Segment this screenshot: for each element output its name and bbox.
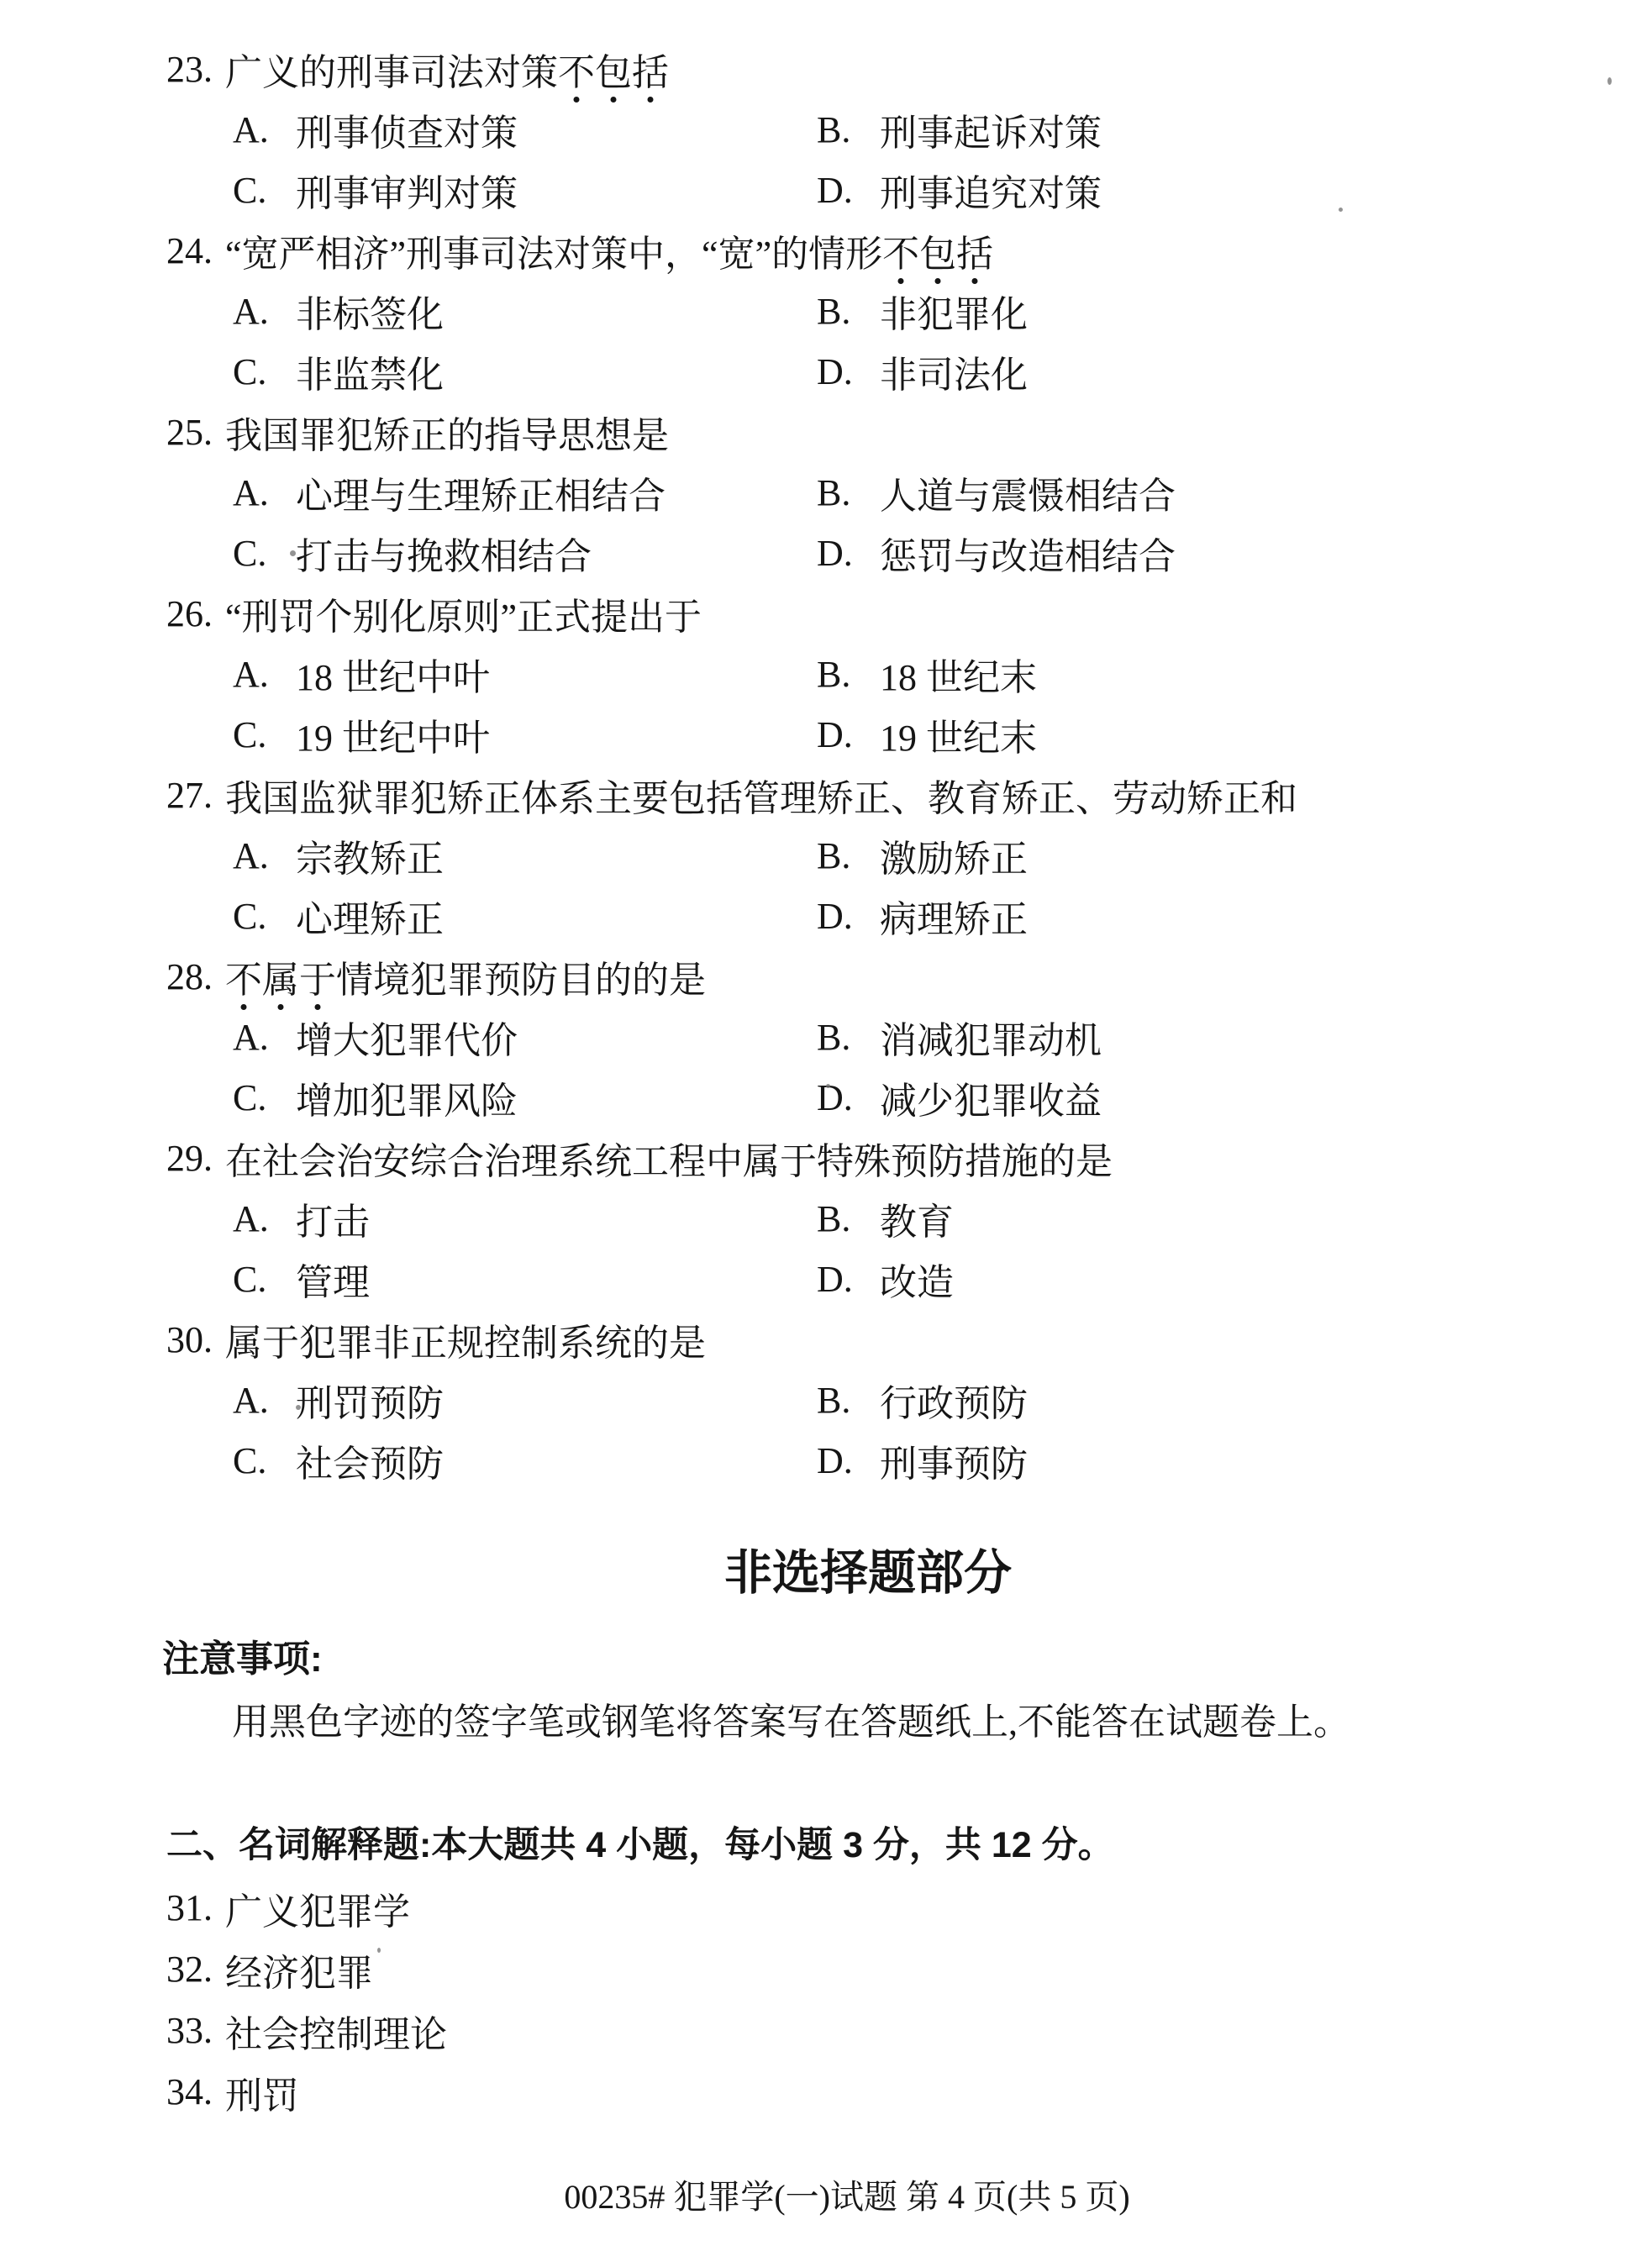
item-text: 经济犯罪 (225, 1943, 373, 1996)
option-c: C.增加犯罪风险 (233, 1070, 817, 1124)
stem-text-pre: 我国监狱罪犯矫正体系主要包括管理矫正、教育矫正、劳动矫正和 (225, 778, 1297, 819)
option-d: D.病理矫正 (817, 889, 1028, 943)
option-label: A. (233, 653, 296, 696)
option-text: 管理 (296, 1252, 370, 1306)
option-label: B. (817, 653, 880, 696)
option-text: 激励矫正 (880, 828, 1028, 882)
option-label: A. (233, 290, 296, 333)
question-number: 29. (166, 1137, 225, 1180)
stem-emphasis: 不属于 (225, 960, 336, 1001)
multiple-choice-section: 23. 广义的刑事司法对策不包括 A.刑事侦查对策 B.刑事起诉对策 C.刑事审… (0, 0, 1652, 1491)
option-label: D. (817, 713, 880, 756)
stem-text-post: 情境犯罪预防目的的是 (336, 960, 706, 1001)
option-c: C.管理 (233, 1252, 817, 1306)
option-label: C. (233, 713, 296, 756)
option-label: C. (233, 1439, 296, 1482)
option-text: 人道与震慑相结合 (880, 465, 1176, 519)
question-stem-text: “刑罚个别化原则”正式提出于 (225, 586, 702, 640)
option-text: 消减犯罪动机 (880, 1010, 1102, 1064)
option-text: 刑事审判对策 (296, 163, 518, 217)
question-stem: 27. 我国监狱罪犯矫正体系主要包括管理矫正、教育矫正、劳动矫正和 (0, 765, 1652, 825)
option-label: A. (233, 471, 296, 514)
scan-speck (826, 1084, 830, 1088)
option-b: B.消减犯罪动机 (817, 1010, 1102, 1064)
option-text: 改造 (880, 1252, 954, 1306)
options-row-ab: A.刑罚预防 B.行政预防 (0, 1370, 1652, 1430)
question-stem-text: 我国监狱罪犯矫正体系主要包括管理矫正、教育矫正、劳动矫正和 (225, 768, 1297, 822)
option-b: B.教育 (817, 1191, 954, 1245)
option-label: B. (817, 1379, 880, 1422)
option-text: 增大犯罪代价 (296, 1010, 518, 1064)
option-text: 行政预防 (880, 1373, 1028, 1427)
question-30: 30. 属于犯罪非正规控制系统的是 A.刑罚预防 B.行政预防 C.社会预防 D… (0, 1309, 1652, 1491)
stem-text-pre: “刑罚个别化原则”正式提出于 (225, 597, 702, 638)
exam-page: 23. 广义的刑事司法对策不包括 A.刑事侦查对策 B.刑事起诉对策 C.刑事审… (0, 0, 1652, 2267)
stem-emphasis: 不包括 (558, 52, 669, 93)
question-29: 29. 在社会治安综合治理系统工程中属于特殊预防措施的是 A.打击 B.教育 C… (0, 1128, 1652, 1309)
stem-text-pre: 广义的刑事司法对策 (225, 52, 558, 93)
question-stem: 24. “宽严相济”刑事司法对策中，“宽”的情形不包括 (0, 220, 1652, 281)
option-d: D.刑事预防 (817, 1433, 1028, 1487)
item-number: 33. (166, 2009, 225, 2052)
scan-speck (1607, 77, 1612, 85)
options-row-cd: C.社会预防 D.刑事预防 (0, 1430, 1652, 1491)
option-label: B. (817, 1016, 880, 1059)
definition-item-31: 31. 广义犯罪学 (0, 1877, 1652, 1938)
stem-text-pre: 属于犯罪非正规控制系统的是 (225, 1323, 706, 1364)
option-b: B.18 世纪末 (817, 647, 1037, 701)
option-text: 心理与生理矫正相结合 (296, 465, 666, 519)
option-label: A. (233, 834, 296, 877)
option-text: 非司法化 (880, 345, 1028, 398)
option-d: D.刑事追究对策 (817, 163, 1102, 217)
option-a: A.18 世纪中叶 (233, 647, 817, 701)
item-text: 刑罚 (225, 2065, 299, 2119)
stem-text-pre: 在社会治安综合治理系统工程中属于特殊预防措施的是 (225, 1141, 1113, 1182)
scan-speck (1339, 208, 1343, 212)
option-a: A.增大犯罪代价 (233, 1010, 817, 1064)
options-row-ab: A.打击 B.教育 (0, 1188, 1652, 1249)
option-d: D.非司法化 (817, 345, 1028, 398)
option-text: 18 世纪中叶 (296, 647, 490, 701)
question-stem: 29. 在社会治安综合治理系统工程中属于特殊预防措施的是 (0, 1128, 1652, 1188)
option-label: C. (233, 1076, 296, 1119)
option-label: D. (817, 532, 880, 575)
question-number: 23. (166, 48, 225, 91)
option-text: 非犯罪化 (880, 284, 1028, 338)
option-text: 18 世纪末 (880, 647, 1037, 701)
item-text: 广义犯罪学 (225, 1881, 410, 1935)
question-stem-text: 不属于情境犯罪预防目的的是 (225, 949, 706, 1003)
option-label: C. (233, 532, 296, 575)
scan-speck (296, 1405, 301, 1410)
question-number: 26. (166, 592, 225, 635)
question-stem: 23. 广义的刑事司法对策不包括 (0, 39, 1652, 99)
option-d: D.惩罚与改造相结合 (817, 526, 1176, 580)
option-label: B. (817, 471, 880, 514)
option-b: B.刑事起诉对策 (817, 103, 1102, 156)
options-row-cd: C.心理矫正 D.病理矫正 (0, 886, 1652, 946)
question-stem: 25. 我国罪犯矫正的指导思想是 (0, 402, 1652, 462)
option-label: D. (817, 1258, 880, 1301)
option-text: 19 世纪末 (880, 707, 1037, 761)
stem-text-pre: “宽严相济”刑事司法对策中，“宽”的情形 (225, 234, 882, 275)
notice-heading: 注意事项: (0, 1629, 1652, 1690)
option-label: D. (817, 350, 880, 393)
definition-item-32: 32. 经济犯罪 (0, 1938, 1652, 2000)
option-text: 心理矫正 (296, 889, 444, 943)
option-label: C. (233, 169, 296, 212)
option-label: B. (817, 290, 880, 333)
question-stem: 30. 属于犯罪非正规控制系统的是 (0, 1309, 1652, 1370)
option-a: A.宗教矫正 (233, 828, 817, 882)
definition-item-33: 33. 社会控制理论 (0, 2000, 1652, 2061)
option-a: A.非标签化 (233, 284, 817, 338)
option-c: C.刑事审判对策 (233, 163, 817, 217)
option-label: D. (817, 1076, 880, 1119)
options-row-ab: A.18 世纪中叶 B.18 世纪末 (0, 644, 1652, 704)
option-text: 打击 (296, 1191, 370, 1245)
item-number: 31. (166, 1886, 225, 1929)
option-a: A.打击 (233, 1191, 817, 1245)
question-stem-text: 在社会治安综合治理系统工程中属于特殊预防措施的是 (225, 1131, 1113, 1185)
question-number: 27. (166, 774, 225, 817)
notice-text: 用黑色字迹的签字笔或钢笔将答案写在答题纸上,不能答在试题卷上。 (0, 1692, 1652, 1753)
option-a: A.刑事侦查对策 (233, 103, 817, 156)
option-text: 增加犯罪风险 (296, 1070, 518, 1124)
options-row-ab: A.刑事侦查对策 B.刑事起诉对策 (0, 99, 1652, 160)
option-text: 非监禁化 (296, 345, 444, 398)
option-text: 病理矫正 (880, 889, 1028, 943)
question-number: 28. (166, 955, 225, 998)
question-25: 25. 我国罪犯矫正的指导思想是 A.心理与生理矫正相结合 B.人道与震慑相结合… (0, 402, 1652, 583)
page-footer: 00235# 犯罪学(一)试题 第 4 页(共 5 页) (42, 2170, 1652, 2218)
option-c: C.19 世纪中叶 (233, 707, 817, 761)
section-two-heading: 二、名词解释题:本大题共 4 小题，每小题 3 分，共 12 分。 (0, 1815, 1652, 1875)
question-stem-text: 我国罪犯矫正的指导思想是 (225, 405, 669, 459)
stem-emphasis: 不包括 (882, 234, 993, 275)
question-stem-text: “宽严相济”刑事司法对策中，“宽”的情形不包括 (225, 224, 993, 277)
options-row-ab: A.心理与生理矫正相结合 B.人道与震慑相结合 (0, 462, 1652, 523)
scan-speck (377, 1948, 381, 1953)
option-text: 刑事侦查对策 (296, 103, 518, 156)
option-label: B. (817, 108, 880, 151)
option-label: B. (817, 1197, 880, 1240)
question-28: 28. 不属于情境犯罪预防目的的是 A.增大犯罪代价 B.消减犯罪动机 C.增加… (0, 946, 1652, 1128)
option-b: B.人道与震慑相结合 (817, 465, 1176, 519)
option-label: A. (233, 108, 296, 151)
option-text: 社会预防 (296, 1433, 444, 1487)
options-row-cd: C.管理 D.改造 (0, 1249, 1652, 1309)
option-label: A. (233, 1197, 296, 1240)
question-23: 23. 广义的刑事司法对策不包括 A.刑事侦查对策 B.刑事起诉对策 C.刑事审… (0, 39, 1652, 220)
option-text: 刑事预防 (880, 1433, 1028, 1487)
option-text: 刑事起诉对策 (880, 103, 1102, 156)
options-row-ab: A.宗教矫正 B.激励矫正 (0, 825, 1652, 886)
question-number: 25. (166, 411, 225, 454)
option-text: 惩罚与改造相结合 (880, 526, 1176, 580)
item-number: 32. (166, 1948, 225, 1991)
definition-items: 31. 广义犯罪学 32. 经济犯罪 33. 社会控制理论 34. 刑罚 (0, 1877, 1652, 2122)
options-row-cd: C.刑事审判对策 D.刑事追究对策 (0, 160, 1652, 220)
question-24: 24. “宽严相济”刑事司法对策中，“宽”的情形不包括 A.非标签化 B.非犯罪… (0, 220, 1652, 402)
option-text: 打击与挽救相结合 (296, 526, 592, 580)
options-row-cd: C.非监禁化 D.非司法化 (0, 341, 1652, 402)
question-26: 26. “刑罚个别化原则”正式提出于 A.18 世纪中叶 B.18 世纪末 C.… (0, 583, 1652, 765)
option-c: C.非监禁化 (233, 345, 817, 398)
question-27: 27. 我国监狱罪犯矫正体系主要包括管理矫正、教育矫正、劳动矫正和 A.宗教矫正… (0, 765, 1652, 946)
stem-text-pre: 我国罪犯矫正的指导思想是 (225, 415, 669, 456)
options-row-ab: A.非标签化 B.非犯罪化 (0, 281, 1652, 341)
question-stem: 28. 不属于情境犯罪预防目的的是 (0, 946, 1652, 1007)
option-label: C. (233, 350, 296, 393)
option-a: A.心理与生理矫正相结合 (233, 465, 817, 519)
option-c: C.心理矫正 (233, 889, 817, 943)
option-d: D.改造 (817, 1252, 954, 1306)
option-text: 非标签化 (296, 284, 444, 338)
option-text: 19 世纪中叶 (296, 707, 490, 761)
question-stem-text: 广义的刑事司法对策不包括 (225, 42, 669, 96)
option-text: 宗教矫正 (296, 828, 444, 882)
question-stem: 26. “刑罚个别化原则”正式提出于 (0, 583, 1652, 644)
option-label: D. (817, 1439, 880, 1482)
scan-speck (290, 550, 296, 556)
item-number: 34. (166, 2070, 225, 2113)
option-label: A. (233, 1379, 296, 1422)
option-label: A. (233, 1016, 296, 1059)
options-row-cd: C.打击与挽救相结合 D.惩罚与改造相结合 (0, 523, 1652, 583)
question-stem-text: 属于犯罪非正规控制系统的是 (225, 1312, 706, 1366)
option-label: D. (817, 895, 880, 938)
option-text: 教育 (880, 1191, 954, 1245)
option-label: C. (233, 895, 296, 938)
option-a: A.刑罚预防 (233, 1373, 817, 1427)
question-number: 30. (166, 1318, 225, 1361)
option-b: B.激励矫正 (817, 828, 1028, 882)
option-label: D. (817, 169, 880, 212)
option-c: C.打击与挽救相结合 (233, 526, 817, 580)
options-row-ab: A.增大犯罪代价 B.消减犯罪动机 (0, 1007, 1652, 1067)
option-text: 刑罚预防 (296, 1373, 444, 1427)
option-d: D.19 世纪末 (817, 707, 1037, 761)
options-row-cd: C.增加犯罪风险 D.减少犯罪收益 (0, 1067, 1652, 1128)
option-d: D.减少犯罪收益 (817, 1070, 1102, 1124)
option-text: 减少犯罪收益 (880, 1070, 1102, 1124)
option-b: B.行政预防 (817, 1373, 1028, 1427)
options-row-cd: C.19 世纪中叶 D.19 世纪末 (0, 704, 1652, 765)
option-c: C.社会预防 (233, 1433, 817, 1487)
definition-item-34: 34. 刑罚 (0, 2061, 1652, 2122)
option-label: C. (233, 1258, 296, 1301)
option-text: 刑事追究对策 (880, 163, 1102, 217)
question-number: 24. (166, 229, 225, 272)
option-b: B.非犯罪化 (817, 284, 1028, 338)
section-title: 非选择题部分 (42, 1543, 1652, 1603)
option-label: B. (817, 834, 880, 877)
item-text: 社会控制理论 (225, 2004, 447, 2058)
